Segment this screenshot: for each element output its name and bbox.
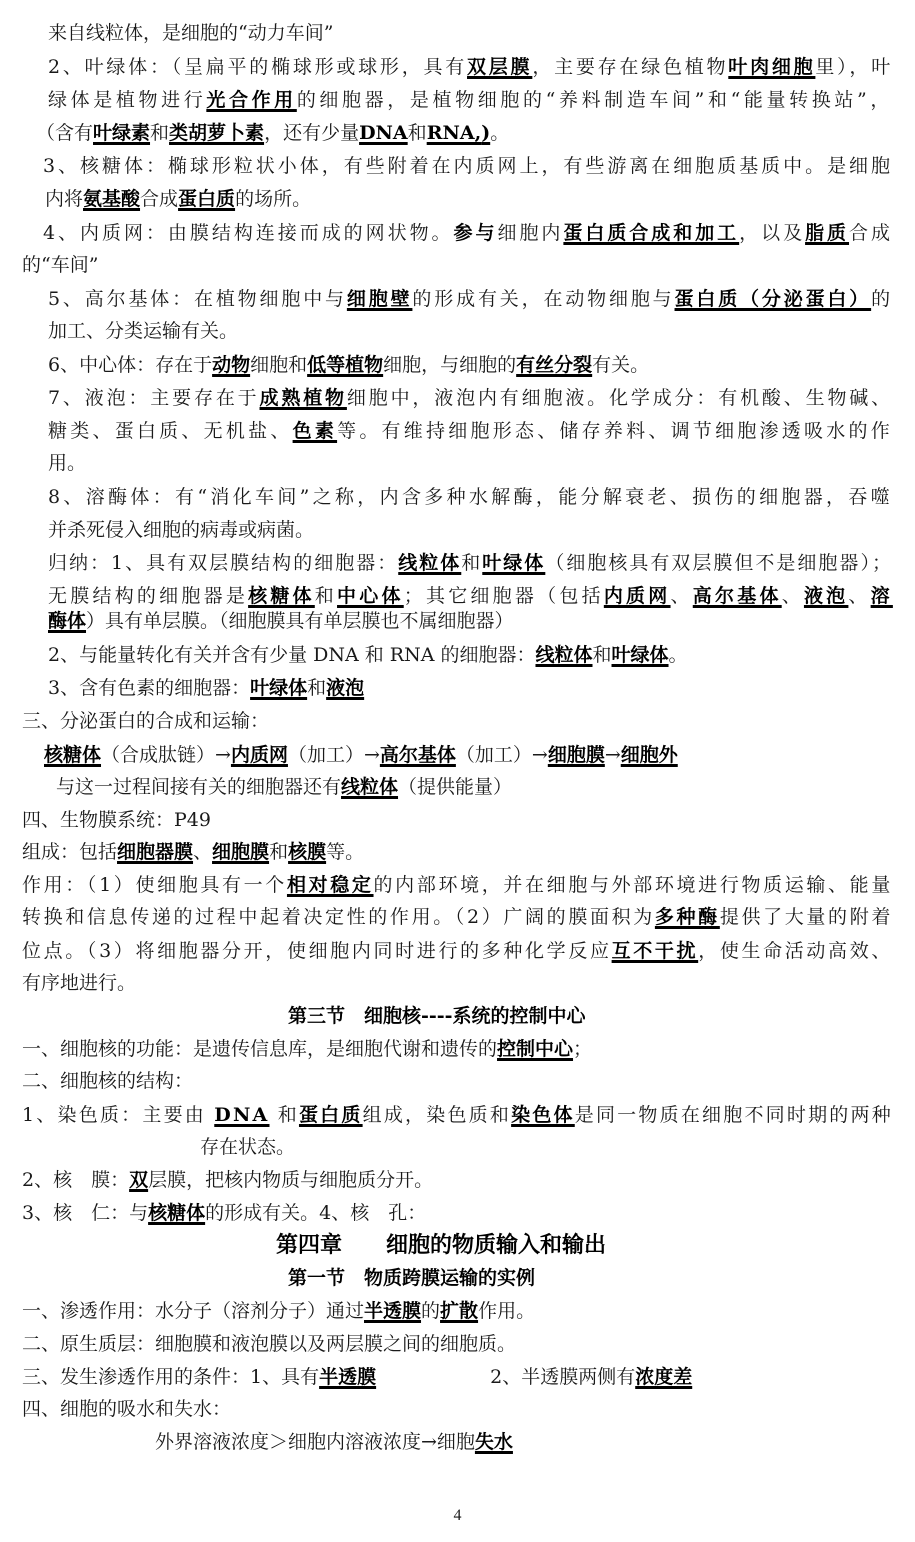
text-span: 作用。 [478, 1300, 535, 1322]
text-line: 4、内质网：由膜结构连接而成的网状物。参与细胞内蛋白质合成和加工，以及脂质合成 [43, 221, 893, 245]
text-line: 用。 [48, 451, 86, 475]
text-span: 里），叶 [815, 56, 893, 78]
key-term: DNA [214, 1104, 269, 1126]
text-span: 3、核 仁：与 [22, 1202, 148, 1224]
bold-text: 参与 [454, 222, 498, 244]
text-line: 组成：包括细胞器膜、细胞膜和核膜等。 [22, 840, 364, 864]
key-term: 相对稳定 [287, 874, 374, 896]
text-span: 三、分泌蛋白的合成和运输： [22, 710, 269, 732]
text-span: 等。有维持细胞形态、储存养料、调节细胞渗透吸水的作 [337, 420, 893, 442]
text-span: （加工）→ [288, 744, 380, 766]
text-span: 的场所。 [235, 188, 311, 210]
text-line: 二、原生质层：细胞膜和液泡膜以及两层膜之间的细胞质。 [22, 1332, 516, 1356]
section-heading: 第四章 细胞的物质输入和输出 [276, 1231, 606, 1255]
text-line: 3、核 仁：与核糖体的形成有关。4、核 孔： [22, 1201, 426, 1225]
text-span: 位点。（3）将细胞器分开，使细胞内同时进行的多种化学反应 [22, 940, 612, 962]
text-span: 和 [593, 644, 612, 666]
text-line: 3、核糖体：椭球形粒状小体，有些附着在内质网上，有些游离在细胞质基质中。是细胞 [43, 154, 893, 178]
text-span: 、 [193, 841, 212, 863]
key-term: 控制中心 [497, 1038, 573, 1060]
text-line: 1、染色质：主要由 DNA 和蛋白质组成，染色质和染色体是同一物质在细胞不同时期… [22, 1103, 893, 1127]
page-number: 4 [0, 1507, 915, 1525]
text-span: ；其它细胞器（包括 [404, 585, 604, 607]
text-span: 6、中心体：存在于 [48, 354, 212, 376]
key-term: 溶 [871, 585, 893, 607]
key-term: 液泡 [326, 677, 364, 699]
text-line: 转换和信息传递的过程中起着决定性的作用。（2）广阔的膜面积为多种酶提供了大量的附… [22, 905, 893, 929]
key-term: 多种酶 [655, 906, 720, 928]
text-span: 、 [848, 585, 870, 607]
text-span: 、 [782, 585, 804, 607]
key-term: 半透膜 [364, 1300, 421, 1322]
text-line: 酶体）具有单层膜。（细胞膜具有单层膜也不属细胞器） [48, 609, 514, 633]
text-span: 四、生物膜系统：P49 [22, 809, 211, 831]
text-line: 糖类、蛋白质、无机盐、色素等。有维持细胞形态、储存养料、调节细胞渗透吸水的作 [48, 419, 893, 443]
text-line: 三、发生渗透作用的条件：1、具有半透膜 2、半透膜两侧有浓度差 [22, 1365, 692, 1389]
key-term: 有丝分裂 [516, 354, 592, 376]
text-line: 并杀死侵入细胞的病毒或病菌。 [48, 518, 314, 542]
key-term: RNA, [427, 122, 482, 144]
text-span: 层膜，把核内物质与细胞质分开。 [148, 1169, 433, 1191]
text-span: 和 [269, 841, 288, 863]
text-span: 的形成有关，在动物细胞与 [412, 288, 674, 310]
bold-text: 第三节 细胞核----系统的控制中心 [288, 1005, 586, 1027]
text-span: （细胞核具有双层膜但不是细胞器）； [545, 552, 893, 574]
text-span: 的细胞器，是植物细胞的“养料制造车间”和“能量转换站”， [297, 89, 893, 111]
key-term: 高尔基体 [380, 744, 456, 766]
key-term: 双层膜 [467, 56, 532, 78]
text-line: 7、液泡：主要存在于成熟植物细胞中，液泡内有细胞液。化学成分：有机酸、生物碱、 [48, 386, 893, 410]
text-line: 8、溶酶体：有“消化车间”之称，内含多种水解酶，能分解衰老、损伤的细胞器，吞噬 [48, 485, 893, 509]
key-term: 中心体 [337, 585, 404, 607]
text-span: ，使生命活动高效、 [698, 940, 893, 962]
key-term: 失水 [475, 1431, 513, 1453]
text-line: 绿体是植物进行光合作用的细胞器，是植物细胞的“养料制造车间”和“能量转换站”， [48, 88, 893, 112]
key-term: 半透膜 [319, 1366, 376, 1388]
bold-text: 第一节 物质跨膜运输的实例 [288, 1267, 535, 1289]
text-span: ； [573, 1038, 592, 1060]
text-span: 细胞，与细胞的 [383, 354, 516, 376]
key-term: 叶绿体 [250, 677, 307, 699]
key-term: 内质网 [604, 585, 671, 607]
key-term: 核糖体 [248, 585, 315, 607]
text-line: 一、渗透作用：水分子（溶剂分子）通过半透膜的扩散作用。 [22, 1299, 535, 1323]
text-line: 内将氨基酸合成蛋白质的场所。 [45, 187, 311, 211]
key-term: 动物 [212, 354, 250, 376]
key-term: 成熟植物 [260, 387, 347, 409]
text-line: 2、叶绿体：（呈扁平的椭球形或球形，具有双层膜，主要存在绿色植物叶肉细胞里），叶 [48, 55, 893, 79]
key-term: 核糖体 [44, 744, 101, 766]
text-span: 和 [408, 122, 427, 144]
key-term: 类胡萝卜素 [169, 122, 264, 144]
key-term: 蛋白质 [299, 1104, 363, 1126]
text-span: ，主要存在绿色植物 [532, 56, 728, 78]
key-term: 扩散 [440, 1300, 478, 1322]
text-span: 的“车间” [22, 254, 98, 276]
text-line: 位点。（3）将细胞器分开，使细胞内同时进行的多种化学反应互不干扰，使生命活动高效… [22, 939, 893, 963]
text-span: 转换和信息传递的过程中起着决定性的作用。（2）广阔的膜面积为 [22, 906, 655, 928]
key-term: 细胞膜 [212, 841, 269, 863]
text-span: 7、液泡：主要存在于 [48, 387, 260, 409]
text-span: 作用：（1）使细胞具有一个 [22, 874, 287, 896]
key-term: 叶绿素 [93, 122, 150, 144]
key-term: 蛋白质（分泌蛋白） [675, 288, 872, 310]
text-span: 细胞和 [250, 354, 307, 376]
text-span: → [605, 744, 621, 766]
text-line: 一、细胞核的功能：是遗传信息库，是细胞代谢和遗传的控制中心； [22, 1037, 592, 1061]
key-term: 色素 [293, 420, 337, 442]
key-term: 蛋白质 [178, 188, 235, 210]
key-term: 蛋白质合成和加工 [563, 222, 739, 244]
text-span: 。 [669, 644, 688, 666]
text-span: 组成，染色质和 [363, 1104, 512, 1126]
text-span: （含有 [36, 122, 93, 144]
text-span: 细胞中，液泡内有细胞液。化学成分：有机酸、生物碱、 [347, 387, 893, 409]
text-span: 5、高尔基体：在植物细胞中与 [48, 288, 347, 310]
text-span: ，还有少量 [264, 122, 359, 144]
text-span: 归纳：1、具有双层膜结构的细胞器： [48, 552, 398, 574]
section-heading: 第三节 细胞核----系统的控制中心 [288, 1004, 586, 1028]
key-term: 浓度差 [635, 1366, 692, 1388]
text-span: 的 [871, 288, 893, 310]
text-span: 二、细胞核的结构： [22, 1070, 193, 1092]
text-line: 2、与能量转化有关并含有少量 DNA 和 RNA 的细胞器：线粒体和叶绿体。 [48, 643, 688, 667]
key-term: 液泡 [804, 585, 848, 607]
key-term: 光合作用 [206, 89, 296, 111]
text-span: 一、渗透作用：水分子（溶剂分子）通过 [22, 1300, 364, 1322]
text-span: 组成：包括 [22, 841, 117, 863]
text-line: 的“车间” [22, 253, 98, 277]
text-span: 和 [150, 122, 169, 144]
text-span: 2、叶绿体：（呈扁平的椭球形或球形，具有 [48, 56, 467, 78]
key-term: 染色体 [511, 1104, 575, 1126]
text-span: 和 [270, 1104, 299, 1126]
text-line: 5、高尔基体：在植物细胞中与细胞壁的形成有关，在动物细胞与蛋白质（分泌蛋白）的 [48, 287, 893, 311]
text-line: 3、含有色素的细胞器：叶绿体和液泡 [48, 676, 364, 700]
text-span: 3、核糖体：椭球形粒状小体，有些附着在内质网上，有些游离在细胞质基质中。是细胞 [43, 155, 893, 177]
text-span: 1、染色质：主要由 [22, 1104, 214, 1126]
text-span: 2、核 膜： [22, 1169, 129, 1191]
text-span: 细胞内 [497, 222, 563, 244]
text-span: （加工）→ [456, 744, 548, 766]
text-span: 4、内质网：由膜结构连接而成的网状物。 [43, 222, 454, 244]
text-span: （合成肽链）→ [101, 744, 231, 766]
text-line: 2、核 膜：双层膜，把核内物质与细胞质分开。 [22, 1168, 433, 1192]
text-line: 作用：（1）使细胞具有一个相对稳定的内部环境，并在细胞与外部环境进行物质运输、能… [22, 873, 893, 897]
text-span: 与这一过程间接有关的细胞器还有 [56, 776, 341, 798]
text-span: 的形成有关。4、核 孔： [205, 1202, 426, 1224]
key-term: 叶绿体 [612, 644, 669, 666]
text-line: 6、中心体：存在于动物细胞和低等植物细胞，与细胞的有丝分裂有关。 [48, 353, 649, 377]
text-span: 四、细胞的吸水和失水： [22, 1398, 231, 1420]
text-span: （提供能量） [398, 776, 512, 798]
bold-text: 第四章 细胞的物质输入和输出 [276, 1232, 606, 1258]
text-span: 有序地进行。 [22, 972, 136, 994]
text-span: 有关。 [592, 354, 649, 376]
text-span: 是同一物质在细胞不同时期的两种 [575, 1104, 893, 1126]
key-term: 线粒体 [341, 776, 398, 798]
key-term: 互不干扰 [612, 940, 699, 962]
key-term: 内质网 [231, 744, 288, 766]
text-line: 与这一过程间接有关的细胞器还有线粒体（提供能量） [56, 775, 512, 799]
text-span: 用。 [48, 452, 86, 474]
key-term: 氨基酸 [83, 188, 140, 210]
text-span: 三、发生渗透作用的条件：1、具有 [22, 1366, 319, 1388]
key-term: 细胞外 [621, 744, 678, 766]
key-term: 酶体 [48, 610, 86, 632]
text-line: 外界溶液浓度＞细胞内溶液浓度→细胞失水 [155, 1430, 513, 1454]
text-span: 无膜结构的细胞器是 [48, 585, 248, 607]
text-span: 等。 [326, 841, 364, 863]
key-term: DNA [359, 122, 408, 144]
text-span: 二、原生质层：细胞膜和液泡膜以及两层膜之间的细胞质。 [22, 1333, 516, 1355]
key-term: 细胞器膜 [117, 841, 193, 863]
text-line: 四、生物膜系统：P49 [22, 808, 211, 832]
text-span: 并杀死侵入细胞的病毒或病菌。 [48, 519, 314, 541]
text-span: ）具有单层膜。（细胞膜具有单层膜也不属细胞器） [86, 610, 514, 632]
text-span: 糖类、蛋白质、无机盐、 [48, 420, 293, 442]
text-span: 合成 [849, 222, 893, 244]
section-heading: 第一节 物质跨膜运输的实例 [288, 1266, 535, 1290]
text-line: 二、细胞核的结构： [22, 1069, 193, 1093]
text-span: 和 [307, 677, 326, 699]
key-term: 脂质 [805, 222, 849, 244]
text-span: 合成 [140, 188, 178, 210]
text-span: ，以及 [739, 222, 805, 244]
text-span: 提供了大量的附着 [720, 906, 893, 928]
key-term: 叶绿体 [482, 552, 545, 574]
text-line: 有序地进行。 [22, 971, 136, 995]
text-span: 一、细胞核的功能：是遗传信息库，是细胞代谢和遗传的 [22, 1038, 497, 1060]
key-term: 核糖体 [148, 1202, 205, 1224]
text-span: 、 [671, 585, 693, 607]
key-term: 细胞膜 [548, 744, 605, 766]
text-span: 和 [315, 585, 337, 607]
text-line: （含有叶绿素和类胡萝卜素，还有少量DNA和RNA,)。 [36, 121, 509, 145]
text-span: 8、溶酶体：有“消化车间”之称，内含多种水解酶，能分解衰老、损伤的细胞器，吞噬 [48, 486, 893, 508]
text-line: 三、分泌蛋白的合成和运输： [22, 709, 269, 733]
key-term: 叶肉细胞 [728, 56, 815, 78]
key-term: 细胞壁 [347, 288, 413, 310]
text-line: 归纳：1、具有双层膜结构的细胞器：线粒体和叶绿体（细胞核具有双层膜但不是细胞器）… [48, 551, 893, 575]
text-span: 来自线粒体，是细胞的“动力车间” [48, 22, 333, 44]
key-term: 双 [129, 1169, 148, 1191]
text-span: 和 [461, 552, 482, 574]
text-span: 内将 [45, 188, 83, 210]
text-line: 加工、分类运输有关。 [48, 319, 238, 343]
key-term: 高尔基体 [693, 585, 782, 607]
text-span: 的内部环境，并在细胞与外部环境进行物质运输、能量 [374, 874, 893, 896]
text-span: 外界溶液浓度＞细胞内溶液浓度→细胞 [155, 1431, 475, 1453]
text-line: 存在状态。 [200, 1135, 295, 1159]
text-span: 。 [490, 122, 509, 144]
text-span: 2、与能量转化有关并含有少量 DNA 和 RNA 的细胞器： [48, 644, 535, 666]
text-line: 来自线粒体，是细胞的“动力车间” [48, 21, 333, 45]
text-span: 2、半透膜两侧有 [376, 1366, 635, 1388]
key-term: ) [481, 122, 490, 144]
text-line: 无膜结构的细胞器是核糖体和中心体；其它细胞器（包括内质网、高尔基体、液泡、溶 [48, 584, 893, 608]
key-term: 核膜 [288, 841, 326, 863]
text-span: 存在状态。 [200, 1136, 295, 1158]
text-span: 加工、分类运输有关。 [48, 320, 238, 342]
text-line: 核糖体（合成肽链）→内质网（加工）→高尔基体（加工）→细胞膜→细胞外 [44, 743, 678, 767]
key-term: 线粒体 [535, 644, 592, 666]
text-span: 绿体是植物进行 [48, 89, 206, 111]
key-term: 低等植物 [307, 354, 383, 376]
key-term: 线粒体 [398, 552, 461, 574]
text-span: 3、含有色素的细胞器： [48, 677, 250, 699]
text-span: 的 [421, 1300, 440, 1322]
text-line: 四、细胞的吸水和失水： [22, 1397, 231, 1421]
